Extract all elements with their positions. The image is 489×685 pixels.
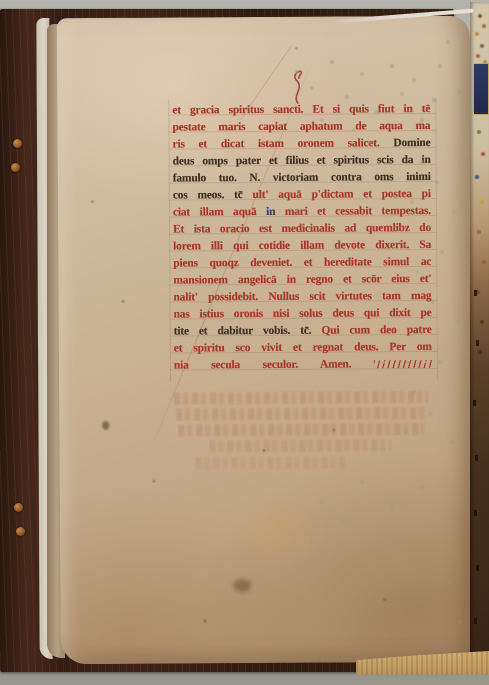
text-line: deus omps pater et filius et spiritus sc… (173, 152, 431, 171)
text-segment-blue: in (266, 206, 275, 218)
text-line: nia secula seculor. Amen. (174, 356, 432, 375)
text-line: ciat illam aquā in mari et cessabit temp… (173, 203, 431, 222)
line-filler-ornament (374, 360, 432, 368)
illumination-border-dots (470, 2, 474, 6)
offset-ghost-text (209, 439, 391, 452)
text-segment-red: Qui cum deo patre (321, 324, 431, 337)
parchment-page: et gracia spiritus sancti. Et si quis fi… (57, 16, 474, 665)
text-segment-red: ciat illam aquā (173, 206, 266, 219)
text-line: cos meos. tc̄ ult' aquā p'dictam et post… (173, 186, 431, 205)
offset-ghost-text (176, 407, 426, 421)
text-line: pestate maris capiat aphatum de aqua ma (172, 118, 430, 137)
text-segment-red: lorem illi qui cotidie illam devote dixe… (173, 239, 431, 253)
text-segment-red: mari et cessabit tempestas. (275, 205, 431, 218)
text-line: et spiritu sco vivit et regnat deus. Per… (174, 339, 432, 358)
stain (228, 499, 323, 565)
text-line: piens quoqz deveniet. et hereditate simu… (173, 254, 431, 273)
text-segment-red: Et ista oracio est medicinalis ad quemli… (173, 222, 431, 236)
text-line: nas istius oronis nisi solus deus qui di… (174, 305, 432, 324)
text-segment-red: pestate maris capiat aphatum de aqua ma (172, 120, 430, 134)
text-segment-red: ult' aquā p'dictam et postea pi (252, 188, 430, 201)
text-line: nalit' possidebit. Nullus scit virtutes … (173, 288, 431, 307)
text-segment-red: nia secula seculor. Amen. (174, 358, 374, 371)
text-segment-dark: Domine (393, 137, 430, 149)
facing-page-edge (470, 2, 489, 652)
text-line: tite et dabitur vobis. tc̄. Qui cum deo … (174, 322, 432, 341)
text-segment-dark: tite et dabitur vobis. tc̄. (174, 325, 322, 338)
text-segment-red: et spiritu sco vivit et regnat deus. Per… (174, 341, 432, 355)
text-segment-dark: famulo tuo. N. victoriam contra oms inim… (173, 171, 431, 185)
freckle-spots (57, 18, 60, 21)
offset-ghost-text (178, 423, 424, 437)
brass-boss-icon (16, 527, 25, 536)
text-line: famulo tuo. N. victoriam contra oms inim… (173, 169, 431, 188)
text-segment-red: ris et dicat istam oronem salicet. (172, 137, 393, 150)
text-segment-red: nas istius oronis nisi solus deus qui di… (174, 307, 432, 321)
brass-boss-icon (14, 503, 23, 512)
brass-boss-icon (11, 163, 20, 172)
manuscript-photo: et gracia spiritus sancti. Et si quis fi… (0, 0, 489, 685)
text-segment-dark: deus omps pater et filius et spiritus sc… (173, 154, 431, 168)
text-block: et gracia spiritus sancti. Et si quis fi… (172, 101, 432, 375)
text-line: Et ista oracio est medicinalis ad quemli… (173, 220, 431, 239)
offset-ghost-text (174, 391, 428, 405)
stain (102, 421, 109, 430)
fore-edge-marks (0, 0, 3, 6)
offset-ghost-text (195, 456, 345, 469)
brass-boss-icon (13, 139, 22, 148)
text-segment-red: mansionem angelicā in regno et scōr eius… (173, 273, 431, 287)
text-line: mansionem angelicā in regno et scōr eius… (173, 271, 431, 290)
text-segment-red: piens quoqz deveniet. et hereditate simu… (173, 256, 431, 270)
stain (233, 579, 251, 592)
text-segment-red: et gracia spiritus sancti. Et si quis fi… (172, 103, 430, 117)
text-segment-dark: cos meos. tc̄ (173, 189, 253, 201)
text-line: ris et dicat istam oronem salicet. Domin… (172, 135, 430, 154)
text-line: lorem illi qui cotidie illam devote dixe… (173, 237, 431, 256)
text-line: et gracia spiritus sancti. Et si quis fi… (172, 101, 430, 120)
illumination-miniature-edge (474, 64, 488, 114)
